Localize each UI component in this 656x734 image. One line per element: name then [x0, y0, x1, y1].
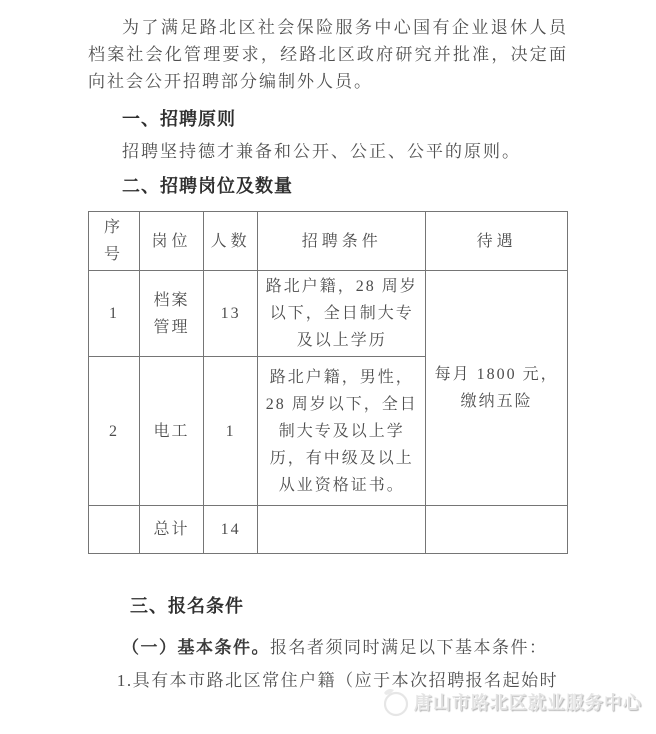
cell-condition: 路北户籍，28 周岁以下，全日制大专及以上学历 — [258, 271, 426, 357]
emblem-dove-icon — [380, 685, 410, 718]
header-cell-treatment: 待遇 — [426, 212, 568, 271]
header-cell-post: 岗位 — [139, 212, 203, 271]
cell-treatment-merged: 每月 1800 元，缴纳五险 — [426, 271, 568, 506]
table-row: 1 档案管理 13 路北户籍，28 周岁以下，全日制大专及以上学历 每月 180… — [89, 271, 568, 357]
cell-condition — [258, 506, 426, 554]
basic-conditions-text: 报名者须同时满足以下基本条件： — [270, 638, 548, 657]
cell-total-count: 14 — [204, 506, 258, 554]
section2-heading: 二、招聘岗位及数量 — [88, 174, 568, 198]
cell-count: 13 — [204, 271, 258, 357]
intro-paragraph: 为了满足路北区社会保险服务中心国有企业退休人员档案社会化管理要求，经路北区政府研… — [88, 14, 568, 95]
basic-conditions-paragraph: （一）基本条件。报名者须同时满足以下基本条件： — [88, 634, 568, 661]
table-total-row: 总计 14 — [89, 506, 568, 554]
section1-body: 招聘坚持德才兼备和公开、公正、公平的原则。 — [88, 138, 568, 165]
document-page: 为了满足路北区社会保险服务中心国有企业退休人员档案社会化管理要求，经路北区政府研… — [0, 0, 656, 734]
recruitment-table: 序号 岗位 人数 招聘条件 待遇 1 档案管理 13 路北户籍，28 周岁以下，… — [88, 211, 568, 554]
cell-no: 2 — [89, 357, 140, 506]
footer-watermark-text: 唐山市路北区就业服务中心 — [414, 689, 642, 715]
cell-post: 电工 — [139, 357, 203, 506]
table-header-row: 序号 岗位 人数 招聘条件 待遇 — [89, 212, 568, 271]
basic-conditions-label: （一）基本条件。 — [122, 638, 270, 657]
document-content: 为了满足路北区社会保险服务中心国有企业退休人员档案社会化管理要求，经路北区政府研… — [88, 14, 568, 694]
footer-watermark: 唐山市路北区就业服务中心 — [380, 685, 642, 718]
cell-no: 1 — [89, 271, 140, 357]
cell-count: 1 — [204, 357, 258, 506]
header-cell-count: 人数 — [204, 212, 258, 271]
header-cell-condition: 招聘条件 — [258, 212, 426, 271]
section1-heading: 一、招聘原则 — [88, 107, 568, 131]
cell-treatment — [426, 506, 568, 554]
section3-heading: 三、报名条件 — [88, 594, 568, 618]
header-cell-no: 序号 — [89, 212, 140, 271]
cell-post: 档案管理 — [139, 271, 203, 357]
cell-total-label: 总计 — [139, 506, 203, 554]
cell-no — [89, 506, 140, 554]
cell-condition: 路北户籍，男性，28 周岁以下，全日制大专及以上学历，有中级及以上从业资格证书。 — [258, 357, 426, 506]
